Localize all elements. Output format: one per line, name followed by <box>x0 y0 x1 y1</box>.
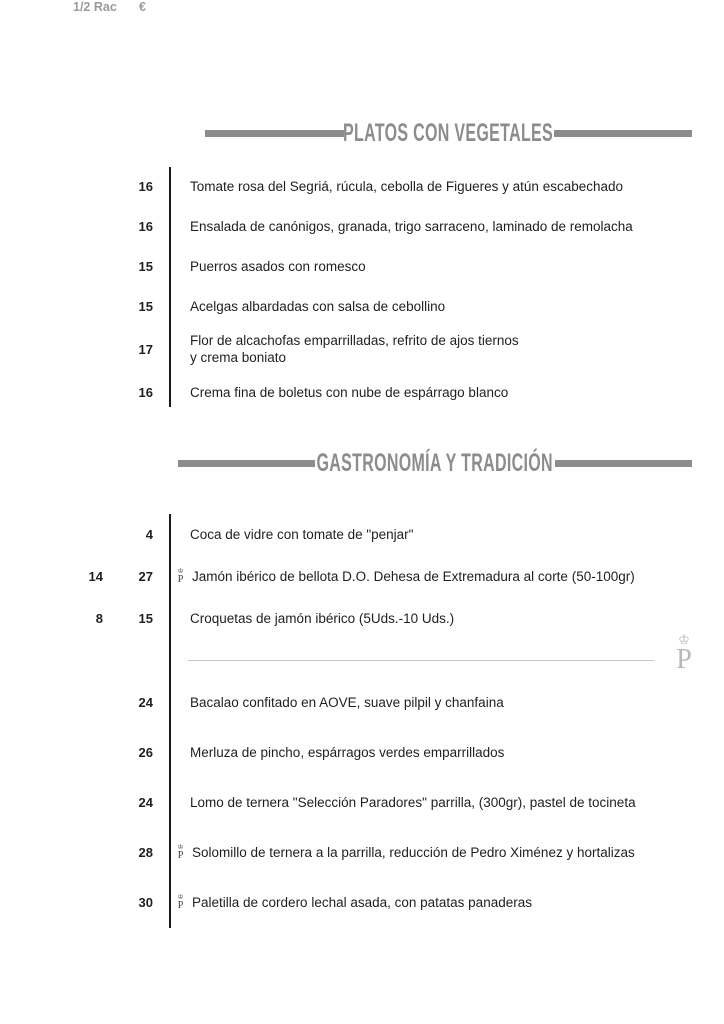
item-price: 4 <box>103 527 153 542</box>
item-description-cell: ♔PJamón ibérico de bellota D.O. Dehesa d… <box>153 568 724 585</box>
p-letter: P <box>178 851 184 860</box>
section2-items-after-divider: 24 Bacalao confitado en AOVE, suave pilp… <box>0 677 724 927</box>
item-description: Solomillo de ternera a la parrilla, redu… <box>192 844 635 861</box>
menu-item-row: 24 Bacalao confitado en AOVE, suave pilp… <box>0 677 724 727</box>
item-description: Jamón ibérico de bellota D.O. Dehesa de … <box>192 568 635 585</box>
item-description: Coca de vidre con tomate de "penjar" <box>190 526 413 543</box>
item-description: Flor de alcachofas emparrilladas, refrit… <box>190 332 519 366</box>
section1-items: 16 Tomate rosa del Segriá, rúcula, cebol… <box>0 166 724 412</box>
watermark-p-letter: P <box>676 646 692 674</box>
menu-item-row: 16 Ensalada de canónigos, granada, trigo… <box>0 206 724 246</box>
section-title-wrap: GASTRONOMÍA Y TRADICIÓN <box>315 449 555 478</box>
menu-item-row: 24 Lomo de ternera "Selección Paradores"… <box>0 777 724 827</box>
section-header-gastronomia: GASTRONOMÍA Y TRADICIÓN <box>178 448 692 478</box>
item-price: 24 <box>103 795 153 810</box>
item-price: 15 <box>103 299 153 314</box>
item-description-cell: Croquetas de jamón ibérico (5Uds.-10 Uds… <box>153 610 724 627</box>
item-price: 24 <box>103 695 153 710</box>
item-description: Paletilla de cordero lechal asada, con p… <box>192 894 532 911</box>
item-description-cell: Flor de alcachofas emparrilladas, refrit… <box>153 332 724 366</box>
menu-page: 1/2 Rac € PLATOS CON VEGETALES 16 Tomate… <box>0 0 724 1024</box>
paradores-watermark-logo: ♔ P <box>662 634 706 674</box>
decorative-bar-right <box>555 460 692 467</box>
item-description-cell: ♔PSolomillo de ternera a la parrilla, re… <box>153 844 724 861</box>
menu-item-row: 15 Acelgas albardadas con salsa de cebol… <box>0 286 724 326</box>
half-portion-price: 8 <box>0 611 103 626</box>
paradores-crown-p-icon: ♔P <box>174 569 187 584</box>
half-portion-price: 14 <box>0 569 103 584</box>
item-description: Lomo de ternera "Selección Paradores" pa… <box>190 794 636 811</box>
item-description: Merluza de pincho, espárragos verdes emp… <box>190 744 504 761</box>
p-letter: P <box>178 901 184 910</box>
item-description-cell: Lomo de ternera "Selección Paradores" pa… <box>153 794 724 811</box>
menu-item-row: 4 Coca de vidre con tomate de "penjar" <box>0 513 724 555</box>
menu-item-row: 16 Tomate rosa del Segriá, rúcula, cebol… <box>0 166 724 206</box>
menu-item-row: 26 Merluza de pincho, espárragos verdes … <box>0 727 724 777</box>
item-description: Crema fina de boletus con nube de espárr… <box>190 384 508 401</box>
p-letter: P <box>178 575 184 584</box>
menu-item-row: 30 ♔PPaletilla de cordero lechal asada, … <box>0 877 724 927</box>
item-price: 26 <box>103 745 153 760</box>
menu-item-row: 14 27 ♔PJamón ibérico de bellota D.O. De… <box>0 555 724 597</box>
menu-item-row: 8 15 Croquetas de jamón ibérico (5Uds.-1… <box>0 597 724 639</box>
paradores-crown-p-icon: ♔P <box>174 895 187 910</box>
item-description-cell: Merluza de pincho, espárragos verdes emp… <box>153 744 724 761</box>
decorative-bar-left <box>205 130 344 137</box>
price-column-header: € <box>139 0 146 14</box>
section-title-wrap: PLATOS CON VEGETALES <box>344 119 554 148</box>
item-description-cell: Puerros asados con romesco <box>153 258 724 275</box>
section-header-vegetales: PLATOS CON VEGETALES <box>205 118 692 148</box>
item-price: 30 <box>103 895 153 910</box>
item-description: Acelgas albardadas con salsa de cebollin… <box>190 298 445 315</box>
item-price: 16 <box>103 219 153 234</box>
item-description-cell: Acelgas albardadas con salsa de cebollin… <box>153 298 724 315</box>
section-title-vegetales: PLATOS CON VEGETALES <box>344 119 554 148</box>
item-description-cell: Crema fina de boletus con nube de espárr… <box>153 384 724 401</box>
menu-item-row: 17 Flor de alcachofas emparrilladas, ref… <box>0 326 724 372</box>
menu-item-row: 16 Crema fina de boletus con nube de esp… <box>0 372 724 412</box>
item-price: 28 <box>103 845 153 860</box>
item-description-cell: ♔PPaletilla de cordero lechal asada, con… <box>153 894 724 911</box>
item-description: Croquetas de jamón ibérico (5Uds.-10 Uds… <box>190 610 454 627</box>
item-price: 17 <box>103 342 153 357</box>
menu-item-row: 28 ♔PSolomillo de ternera a la parrilla,… <box>0 827 724 877</box>
item-description-cell: Coca de vidre con tomate de "penjar" <box>153 526 724 543</box>
item-price: 15 <box>103 259 153 274</box>
item-price: 15 <box>103 611 153 626</box>
item-description-cell: Bacalao confitado en AOVE, suave pilpil … <box>153 694 724 711</box>
decorative-bar-left <box>178 460 315 467</box>
item-price: 27 <box>103 569 153 584</box>
paradores-crown-p-icon: ♔P <box>174 845 187 860</box>
half-portion-column-header: 1/2 Rac <box>73 0 117 14</box>
item-description-cell: Ensalada de canónigos, granada, trigo sa… <box>153 218 724 235</box>
item-price: 16 <box>103 179 153 194</box>
section2-items: 4 Coca de vidre con tomate de "penjar" 1… <box>0 513 724 639</box>
decorative-bar-right <box>554 130 693 137</box>
thin-divider-line <box>188 660 654 661</box>
item-price: 16 <box>103 385 153 400</box>
item-description: Ensalada de canónigos, granada, trigo sa… <box>190 218 633 235</box>
item-description: Puerros asados con romesco <box>190 258 366 275</box>
item-description: Tomate rosa del Segriá, rúcula, cebolla … <box>190 178 623 195</box>
menu-item-row: 15 Puerros asados con romesco <box>0 246 724 286</box>
section-title-gastronomia: GASTRONOMÍA Y TRADICIÓN <box>317 449 553 478</box>
item-description: Bacalao confitado en AOVE, suave pilpil … <box>190 694 504 711</box>
item-description-cell: Tomate rosa del Segriá, rúcula, cebolla … <box>153 178 724 195</box>
